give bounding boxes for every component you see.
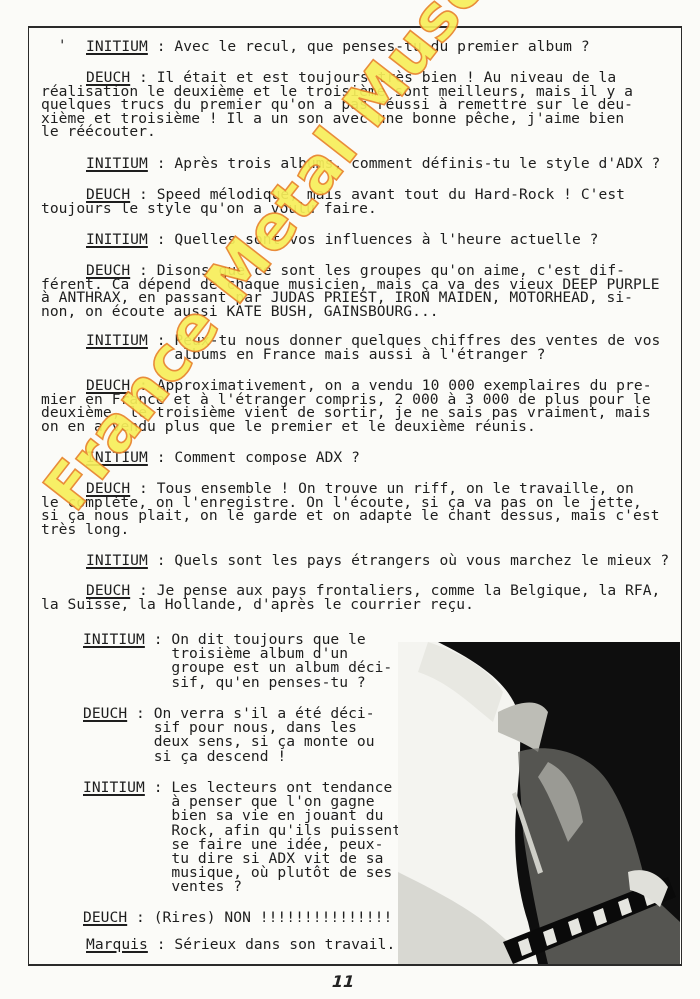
speaker-line: INITIUM : Avec le recul, que penses-tu d… (86, 40, 590, 54)
utterance-continuation: ventes ? (83, 880, 242, 894)
photo-guitarist-icon (398, 642, 680, 964)
speaker-separator: : (148, 38, 175, 55)
utterance-continuation: albums en France mais aussi à l'étranger… (86, 348, 545, 362)
utterance-text: Quels sont les pays étrangers où vous ma… (174, 552, 669, 569)
utterance-continuation: la Suisse, la Hollande, d'après le courr… (41, 598, 474, 612)
utterance-continuation: sif, qu'en penses-tu ? (83, 676, 366, 690)
utterance-continuation: le réécouter. (41, 125, 156, 139)
speaker-name: INITIUM (86, 38, 148, 55)
speaker-line: INITIUM : Quels sont les pays étrangers … (86, 554, 669, 568)
speaker-separator: : (127, 909, 154, 926)
utterance-continuation: très long. (41, 523, 129, 537)
speaker-line: DEUCH : (Rires) NON !!!!!!!!!!!!!!! (83, 911, 392, 925)
speaker-name: INITIUM (86, 231, 148, 248)
utterance-continuation: non, on écoute aussi KATE BUSH, GAINSBOU… (41, 305, 439, 319)
speaker-line: INITIUM : Quelles sont vos influences à … (86, 233, 599, 247)
speaker-separator: : (148, 552, 175, 569)
utterance-continuation: toujours le style qu'on a voulu faire. (41, 202, 377, 216)
speaker-separator: : (148, 231, 175, 248)
utterance-text: Avec le recul, que penses-tu du premier … (174, 38, 589, 55)
utterance-text: (Rires) NON !!!!!!!!!!!!!!! (154, 909, 393, 926)
utterance-continuation: groupe est un album déci- (83, 661, 392, 675)
speaker-name: INITIUM (86, 155, 148, 172)
speaker-line: Marquis : Sérieux dans son travail. (86, 938, 395, 952)
speaker-name: INITIUM (86, 449, 148, 466)
speaker-name: Marquis (86, 936, 148, 953)
utterance-text: Sérieux dans son travail. (174, 936, 395, 953)
speaker-separator: : (148, 449, 175, 466)
utterance-continuation: deux sens, si ça monte ou (83, 735, 375, 749)
speaker-name: DEUCH (83, 909, 127, 926)
speaker-line: INITIUM : Comment compose ADX ? (86, 451, 360, 465)
utterance-text: Comment compose ADX ? (174, 449, 360, 466)
guitarist-photo (398, 642, 680, 964)
page-number: 11 (329, 972, 356, 991)
utterance-continuation: si ça descend ! (83, 750, 286, 764)
utterance-text: Quelles sont vos influences à l'heure ac… (174, 231, 598, 248)
utterance-text: Après trois albums, comment définis-tu l… (174, 155, 660, 172)
speaker-separator: : (148, 936, 175, 953)
speaker-separator: : (148, 155, 175, 172)
stray-mark: ' (58, 38, 66, 54)
utterance-continuation: si ça nous plait, on le garde et on adap… (41, 509, 660, 523)
utterance-continuation: bien sa vie en jouant du (83, 809, 383, 823)
speaker-line: INITIUM : Après trois albums, comment dé… (86, 157, 660, 171)
utterance-continuation: on en a vendu plus que le premier et le … (41, 420, 536, 434)
speaker-name: INITIUM (86, 552, 148, 569)
